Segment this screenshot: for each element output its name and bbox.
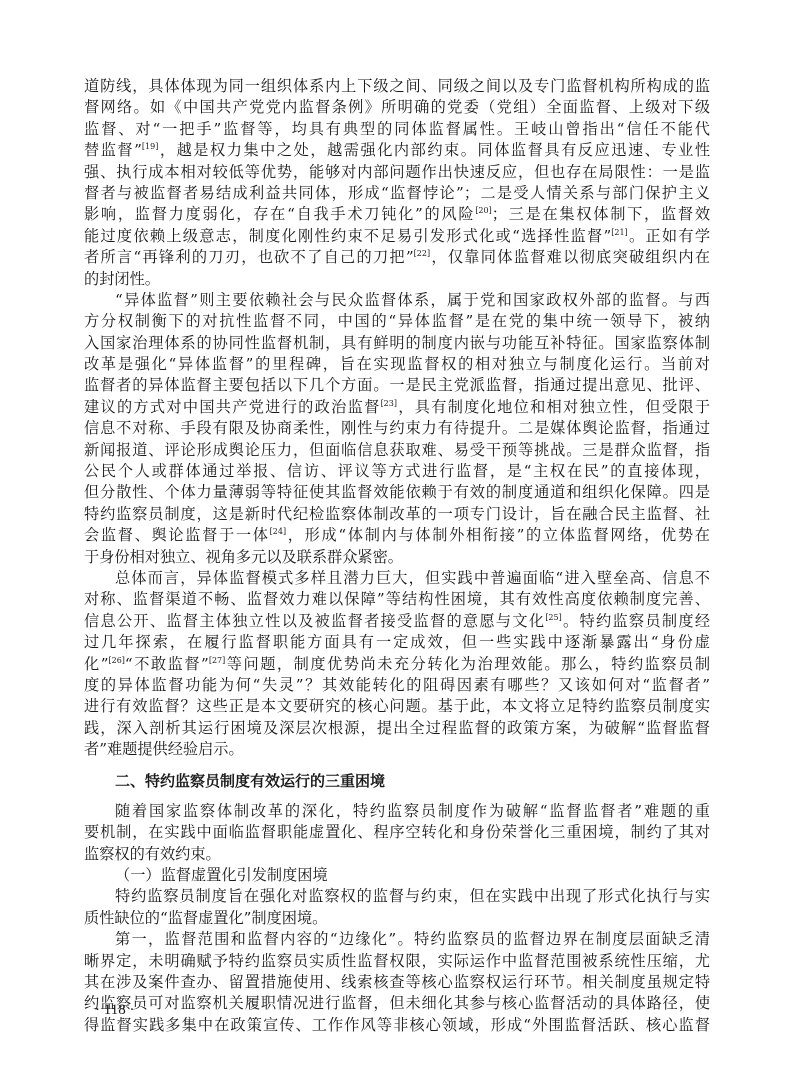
text-line: 方分权制衡下的对抗性监督不同，中国的“异体监督”是在党的集中统一领导下，被纳: [84, 311, 710, 332]
text-line: 道防线，具体体现为同一组织体系内上下级之间、同级之间以及专门监督机构所构成的监: [84, 76, 710, 97]
text-line: 约监察员可对监察机关履职情况进行监督，但未细化其参与核心监督活动的具体路径，使: [84, 993, 710, 1014]
citation-marker: [24]: [270, 527, 286, 536]
text-line: 信息公开、监督主体独立性以及被监督者接受监督的意愿与文化[25]。特约监察员制度…: [84, 611, 710, 632]
text-line: 能过度依赖上级意志，制度化刚性约束不足易引发形式化或“选择性监督”[21]。正如…: [84, 226, 710, 247]
text-line: 的封闭性。: [84, 269, 710, 290]
text-line: 强、执行成本相对较低等优势，能够对内部问题作出快速反应，但也存在局限性：一是监: [84, 162, 710, 183]
text-line: 者”难题提供经验启示。: [84, 739, 710, 760]
subsection-heading: （一）监督虚置化引发制度困境: [84, 865, 710, 886]
text-line: 监督者的异体监督主要包括以下几个方面。一是民主党派监督，指通过提出意见、批评、: [84, 375, 710, 396]
text-line: 但分散性、个体力量薄弱等特征使其监督效能依赖于有效的制度通道和组织化保障。四是: [84, 482, 710, 503]
text-line: 过几年探索，在履行监督职能方面具有一定成效，但一些实践中逐渐暴露出“身份虚: [84, 632, 710, 653]
paragraph: 道防线，具体体现为同一组织体系内上下级之间、同级之间以及专门监督机构所构成的监 …: [84, 76, 710, 290]
text-line: 者所言“再锋利的刀刃，也砍不了自己的刀把”[22]，仅靠同体监督难以彻底突破组织…: [84, 247, 710, 268]
page-number: · 118 ·: [95, 1002, 134, 1019]
text-line: “异体监督”则主要依赖社会与民众监督体系，属于党和国家政权外部的监督。与西: [84, 290, 710, 311]
text-line: 第一，监督范围和监督内容的“边缘化”。特约监察员的监督边界在制度层面缺乏清: [84, 929, 710, 950]
paragraph: 特约监察员制度旨在强化对监察权的监督与约束，但在实践中出现了形式化执行与实 质性…: [84, 886, 710, 929]
text-line: 特约监察员制度，这是新时代纪检监察体制改革的一项专门设计，旨在融合民主监督、社: [84, 504, 710, 525]
text-line: 公民个人或群体通过举报、信访、评议等方式进行监督，是“主权在民”的直接体现，: [84, 461, 710, 482]
text-line: 对称、监督渠道不畅、监督效力难以保障”等结构性困境，其有效性高度依赖制度完善、: [84, 589, 710, 610]
text-line: 要机制，在实践中面临监督职能虚置化、程序空转化和身份荣誉化三重困境，制约了其对: [84, 822, 710, 843]
text-line: 其在涉及案件查办、留置措施使用、线索核查等核心监察权运行环节。相关制度虽规定特: [84, 972, 710, 993]
paragraph: “异体监督”则主要依赖社会与民众监督体系，属于党和国家政权外部的监督。与西 方分…: [84, 290, 710, 568]
citation-marker: [19]: [142, 142, 158, 151]
text-line: 度的异体监督功能为何“失灵”？其效能转化的阻碍因素有哪些？又该如何对“监督者”: [84, 675, 710, 696]
text-line: 改革是强化“异体监督”的里程碑，旨在实现监督权的相对独立与制度化运行。当前对: [84, 354, 710, 375]
paragraph: 总体而言，异体监督模式多样且潜力巨大，但实践中普遍面临“进入壁垒高、信息不 对称…: [84, 568, 710, 761]
text-line: 影响，监督力度弱化，存在“自我手术刀钝化”的风险[20]；三是在集权体制下，监督…: [84, 204, 710, 225]
citation-marker: [26]: [108, 656, 124, 665]
citation-marker: [23]: [381, 399, 397, 408]
text-line: 建议的方式对中国共产党进行的政治监督[23]，具有制度化地位和相对独立性，但受限…: [84, 397, 710, 418]
section-heading: 二、特约监察员制度有效运行的三重困境: [84, 771, 710, 792]
text-line: 督网络。如《中国共产党党内监督条例》所明确的党委（党组）全面监督、上级对下级: [84, 97, 710, 118]
text-line: 监察权的有效约束。: [84, 844, 710, 865]
text-line: 总体而言，异体监督模式多样且潜力巨大，但实践中普遍面临“进入壁垒高、信息不: [84, 568, 710, 589]
text-line: 信息不对称、手段有限及协商柔性，刚性与约束力有待提升。二是媒体舆论监督，指通过: [84, 418, 710, 439]
citation-marker: [22]: [414, 249, 430, 258]
text-line: 入国家治理体系的协同性监督机制，具有鲜明的制度内嵌与功能互补特征。国家监察体制: [84, 333, 710, 354]
citation-marker: [25]: [545, 613, 561, 622]
text-line: 于身份相对独立、视角多元以及联系群众紧密。: [84, 547, 710, 568]
text-line: 晰界定，未明确赋予特约监察员实质性监督权限，实际运作中监督范围被系统性压缩，尤: [84, 951, 710, 972]
article-body: 道防线，具体体现为同一组织体系内上下级之间、同级之间以及专门监督机构所构成的监 …: [84, 76, 710, 1036]
text-line: 替监督”[19]，越是权力集中之处，越需强化内部约束。同体监督具有反应迅速、专业…: [84, 140, 710, 161]
citation-marker: [27]: [209, 656, 225, 665]
text-line: 得监督实践多集中在政策宣传、工作作风等非核心领域，形成“外围监督活跃、核心监督: [84, 1015, 710, 1036]
text-line: 践，深入剖析其运行困境及深层次根源，提出全过程监督的政策方案，为破解“监督监督: [84, 718, 710, 739]
text-line: 质性缺位的“监督虚置化”制度困境。: [84, 908, 710, 929]
text-line: 督者与被监督者易结成利益共同体，形成“监督悖论”；二是受人情关系与部门保护主义: [84, 183, 710, 204]
paragraph: 随着国家监察体制改革的深化，特约监察员制度作为破解“监督监督者”难题的重 要机制…: [84, 801, 710, 865]
text-line: 进行有效监督？这些正是本文要研究的核心问题。基于此，本文将立足特约监察员制度实: [84, 696, 710, 717]
citation-marker: [21]: [611, 228, 627, 237]
text-line: 化”[26]“不敢监督”[27]等问题，制度优势尚未充分转化为治理效能。那么，特…: [84, 654, 710, 675]
text-line: 随着国家监察体制改革的深化，特约监察员制度作为破解“监督监督者”难题的重: [84, 801, 710, 822]
text-line: 监督、对“一把手”监督等，均具有典型的同体监督属性。王岐山曾指出“信任不能代: [84, 119, 710, 140]
paragraph: 第一，监督范围和监督内容的“边缘化”。特约监察员的监督边界在制度层面缺乏清 晰界…: [84, 929, 710, 1036]
citation-marker: [20]: [475, 206, 491, 215]
text-line: 特约监察员制度旨在强化对监察权的监督与约束，但在实践中出现了形式化执行与实: [84, 886, 710, 907]
text-line: 会监督、舆论监督于一体[24]，形成“体制内与体制外相衔接”的立体监督网络，优势…: [84, 525, 710, 546]
text-line: 新闻报道、评论形成舆论压力，但面临信息获取难、易受干预等挑战。三是群众监督，指: [84, 440, 710, 461]
